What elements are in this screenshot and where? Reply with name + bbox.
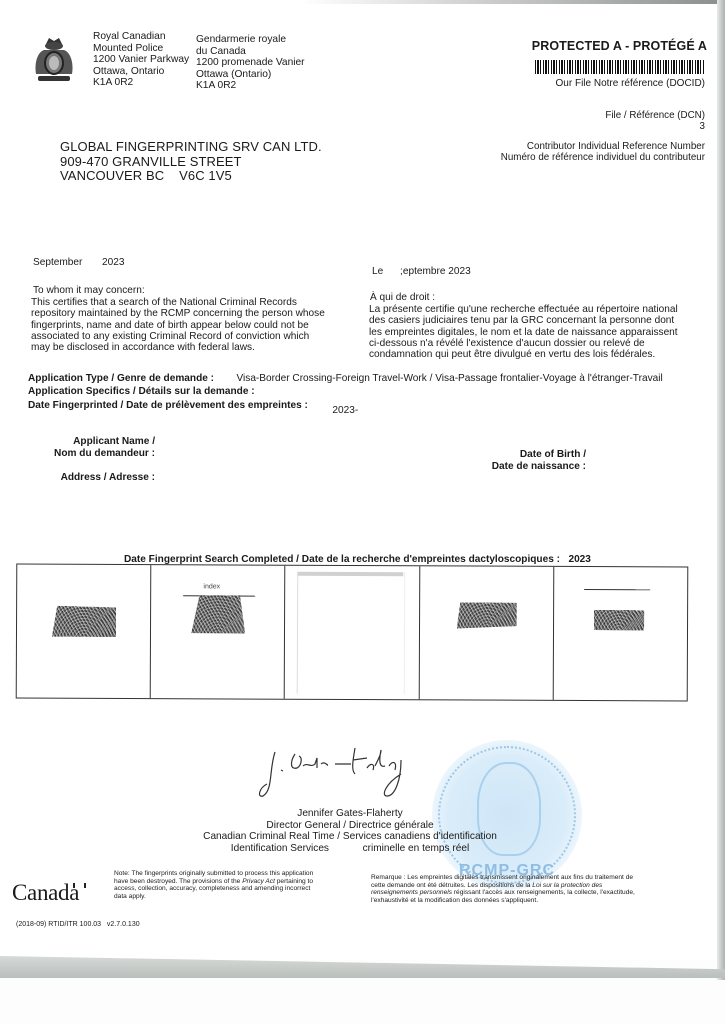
label-line: Date of Birth / — [470, 449, 586, 461]
text-line: des casiers judiciaires tenu par la GRC … — [369, 315, 709, 326]
fingerprint-image — [594, 610, 644, 630]
address-line: K1A 0R2 — [196, 80, 305, 92]
note-line: cette demande ont été détruites. Les dis… — [371, 882, 691, 890]
certificate-page: Royal Canadian Mounted Police 1200 Vanie… — [0, 0, 717, 960]
contributor-ref-label-fr: Numéro de référence individuel du contri… — [501, 152, 705, 163]
form-code: (2018-09) RTID/ITR 100.03 v2.7.0.130 — [16, 921, 140, 929]
note-line: Remarque : Les empreintes digitales tran… — [371, 874, 691, 882]
date-fingerprinted-label: Date Fingerprinted / Date de prélèvement… — [28, 400, 308, 411]
fingerprint-image — [457, 602, 517, 628]
note-line: access, collection, accuracy, completene… — [114, 885, 344, 893]
applicant-name-label: Applicant Name / Nom du demandeur : — [40, 436, 155, 460]
text-line: fingerprints, name and date of birth app… — [31, 320, 351, 331]
dept-fr: criminelle en temps réel — [363, 843, 470, 854]
fingerprint-image — [191, 595, 245, 633]
text-line: associated to any existing Criminal Reco… — [31, 331, 351, 342]
date-year: 2023 — [102, 257, 124, 268]
finger-label-line — [584, 589, 650, 590]
dcn-value: 3 — [700, 121, 705, 132]
dob-label: Date of Birth / Date de naissance : — [470, 449, 586, 473]
law-title: renseignements personnels — [371, 889, 452, 896]
certification-text-en: This certifies that a search of the Nati… — [31, 297, 351, 353]
finger-label-index: index — [203, 583, 220, 590]
recipient-line: GLOBAL FINGERPRINTING SRV CAN LTD. — [60, 140, 322, 155]
address-line: du Canada — [196, 46, 305, 58]
note-text: pertaining to — [275, 878, 313, 885]
signatory-name: Jennifer Gates-Flaherty — [200, 808, 500, 820]
text-line: La présente certifie qu'une recherche ef… — [369, 304, 709, 315]
text-line: ci-dessous n'a révélé l'existence d'aucu… — [369, 338, 709, 349]
scan-edge-top — [300, 0, 725, 4]
text-line: repository maintained by the RCMP concer… — [31, 308, 351, 319]
our-file-label: Our File Notre référence (DOCID) — [556, 78, 705, 89]
fingerprint-cell-5 — [554, 567, 688, 701]
dept-en: Identification Services — [231, 843, 329, 854]
salutation-fr: À qui de droit : — [370, 292, 435, 303]
note-fr: Remarque : Les empreintes digitales tran… — [371, 874, 691, 904]
rcmp-crest-icon — [32, 34, 76, 86]
address-line: Royal Canadian — [93, 31, 189, 43]
fingerprint-cell-1 — [17, 565, 152, 699]
wordmark-text: Canada — [12, 880, 79, 905]
date-month: September — [33, 257, 82, 268]
note-en: Note: The fingerprints originally submit… — [114, 870, 344, 900]
address-line: K1A 0R2 — [93, 77, 189, 89]
address-line: 1200 promenade Vanier — [196, 57, 305, 69]
note-line: have been destroyed. The provisions of t… — [114, 878, 344, 886]
label-line: Applicant Name / — [40, 436, 155, 448]
text-line: condamnation qui peut être divulgué en v… — [369, 349, 709, 360]
address-line: Ottawa, Ontario — [93, 66, 189, 78]
fingerprint-cell-4 — [419, 566, 554, 700]
note-text: cette demande ont été détruites. Les dis… — [371, 882, 532, 889]
signatory-title: Director General / Directrice générale — [200, 820, 500, 832]
date-fingerprinted-row: Date Fingerprinted / Date de prélèvement… — [28, 395, 358, 413]
note-line: data apply. — [114, 893, 344, 901]
application-type-value: Visa-Border Crossing-Foreign Travel-Work… — [236, 373, 662, 384]
flag-icon — [73, 883, 86, 888]
blank-print-area — [297, 572, 406, 694]
law-title: Loi sur la protection des — [532, 882, 602, 889]
scan-edge-right — [717, 0, 725, 980]
note-text: have been destroyed. The provisions of t… — [114, 878, 242, 885]
salutation-en: To whom it may concern: — [33, 285, 145, 296]
date-fingerprinted-value: 2023- — [332, 405, 358, 416]
label-line: Nom du demandeur : — [40, 448, 155, 460]
rcmp-address-english: Royal Canadian Mounted Police 1200 Vanie… — [93, 31, 189, 89]
privacy-act-title: Privacy Act — [242, 878, 275, 885]
note-text: régissant l'accès aux renseignements, la… — [452, 889, 635, 896]
dcn-label: File / Référence (DCN) — [605, 110, 705, 121]
signature-icon — [255, 740, 435, 800]
recipient-line: VANCOUVER BC V6C 1V5 — [60, 169, 322, 184]
recipient-line: 909-470 GRANVILLE STREET — [60, 155, 322, 170]
text-line: les empreintes digitales, le nom et la d… — [369, 327, 709, 338]
address-line: Ottawa (Ontario) — [196, 69, 305, 81]
signatory-department-line-2: Identification Services criminelle en te… — [200, 843, 500, 855]
address-label: Address / Adresse : — [40, 472, 155, 483]
fingerprint-cell-3 — [285, 566, 420, 700]
text-line: may be disclosed in accordance with fede… — [31, 342, 351, 353]
signatory-department: Canadian Criminal Real Time / Services c… — [200, 831, 500, 843]
search-completed-value: 2023 — [568, 554, 590, 565]
letter-date-en: September 2023 — [33, 257, 124, 268]
note-line: renseignements personnels régissant l'ac… — [371, 889, 691, 897]
address-line: 1200 Vanier Parkway — [93, 54, 189, 66]
letter-date-fr: Le ;eptembre 2023 — [372, 266, 471, 277]
classification-label: PROTECTED A - PROTÉGÉ A — [532, 39, 707, 53]
rcmp-address-french: Gendarmerie royale du Canada 1200 promen… — [196, 34, 305, 92]
contributor-ref-label-en: Contributor Individual Reference Number — [527, 141, 705, 152]
note-line: Note: The fingerprints originally submit… — [114, 870, 344, 878]
fingerprint-image — [52, 606, 116, 637]
fingerprint-cell-2: index — [151, 565, 286, 699]
address-line: Gendarmerie royale — [196, 34, 305, 46]
barcode — [535, 60, 705, 74]
certification-text-fr: La présente certifie qu'une recherche ef… — [369, 304, 709, 360]
note-line: l'exhaustivité et la modification des do… — [371, 897, 691, 905]
address-line: Mounted Police — [93, 43, 189, 55]
canada-wordmark: Canada — [12, 880, 92, 906]
text-line: This certifies that a search of the Nati… — [31, 297, 351, 308]
label-line: Date de naissance : — [470, 461, 586, 473]
fingerprint-table: index — [16, 564, 689, 702]
recipient-address: GLOBAL FINGERPRINTING SRV CAN LTD. 909-4… — [60, 140, 322, 184]
signature-block: Jennifer Gates-Flaherty Director General… — [200, 808, 500, 854]
